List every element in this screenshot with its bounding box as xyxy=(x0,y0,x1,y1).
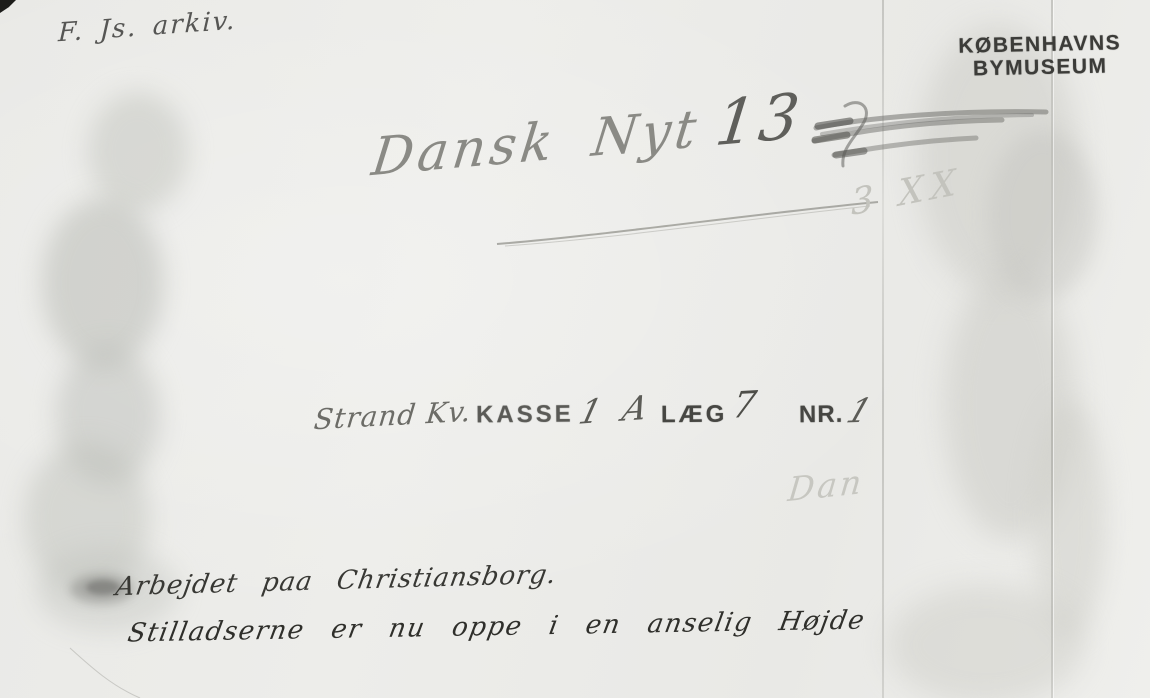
nr-value: 1 xyxy=(842,390,877,430)
water-stain xyxy=(888,585,1084,698)
photo-verso-scan: F. Js. arkiv. KØBENHAVNS BYMUSEUM Dansk … xyxy=(0,0,1150,698)
museum-stamp-line1: KØBENHAVNS xyxy=(942,31,1138,58)
location-prefix-note: Strand Kv. xyxy=(312,395,473,436)
title-pencil-note: Dansk Nyt13 xyxy=(368,79,807,191)
museum-stamp-line2: BYMUSEUM xyxy=(942,54,1138,81)
laeg-value: 7 xyxy=(730,384,759,427)
faint-pencil-number: 3 XX xyxy=(851,161,963,224)
pencil-underline xyxy=(497,202,878,246)
caption-line-2: Stilladserne er nu oppe i en anselig Høj… xyxy=(125,606,867,649)
title-number: 13 xyxy=(712,79,808,161)
water-stain xyxy=(42,198,164,368)
archive-note: F. Js. arkiv. xyxy=(58,6,237,49)
water-stain xyxy=(56,345,160,485)
faint-pencil-word: Dan xyxy=(786,462,866,510)
laeg-stamp: LÆG xyxy=(661,401,728,430)
caption-line-1: Arbejdet paa Christiansborg. xyxy=(114,560,559,602)
kasse-stamp: KASSE xyxy=(476,401,574,430)
fold-crease-line xyxy=(1051,0,1053,698)
corner-speck xyxy=(0,0,16,13)
paper-crease-mark xyxy=(70,648,140,698)
water-stain xyxy=(988,130,1098,300)
museum-stamp: KØBENHAVNS BYMUSEUM xyxy=(942,31,1139,81)
water-stain xyxy=(88,92,188,212)
water-stain xyxy=(1032,400,1106,640)
kasse-value: 1 A xyxy=(575,387,658,432)
nr-stamp: NR. xyxy=(799,401,844,429)
water-stain xyxy=(944,270,1076,540)
title-text: Dansk Nyt xyxy=(369,99,704,189)
pencil-scribble xyxy=(814,103,1046,166)
fold-crease-line xyxy=(882,0,884,698)
